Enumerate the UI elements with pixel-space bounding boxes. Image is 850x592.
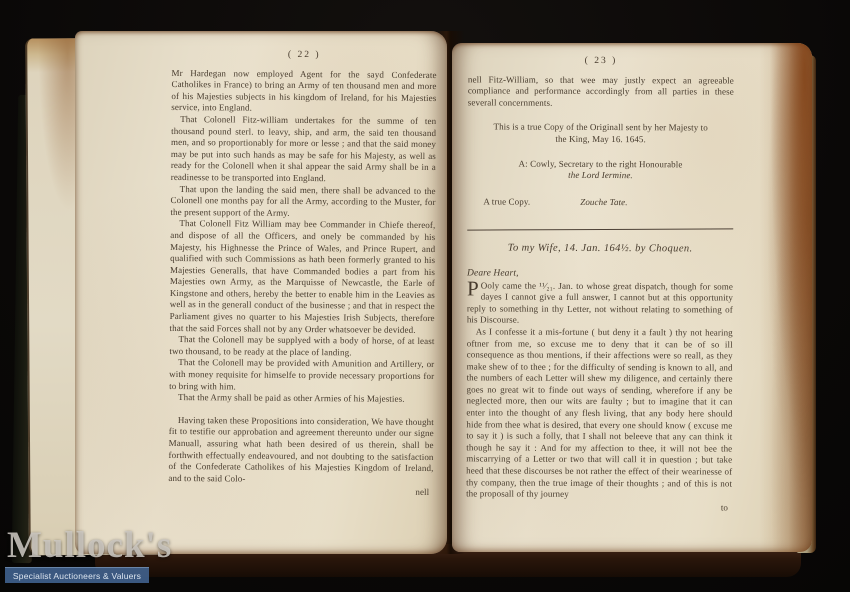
- letter-heading: To my Wife, 14. Jan. 164½. by Choquen.: [467, 243, 733, 256]
- watermark-logo: Mullock's: [7, 524, 172, 567]
- paragraph: That the Army shall be paid as other Arm…: [169, 392, 434, 406]
- signature: Zouche Tate.: [580, 197, 627, 209]
- page-number-right: ( 23 ): [468, 55, 734, 68]
- paragraph: That Colonell Fitz William may bee Comma…: [170, 218, 436, 336]
- watermark-tagline: Specialist Auctioneers & Valuers: [13, 571, 141, 581]
- paragraph: Mr Hardegan now employed Agent for the s…: [171, 68, 436, 116]
- catchword-right: to: [466, 501, 732, 514]
- left-page: ( 22 ) Mr Hardegan now employed Agent fo…: [75, 31, 447, 554]
- right-page-text: ( 23 ) nell Fitz-William, so that wee ma…: [466, 55, 734, 514]
- paragraph: That the Colonell may be provided with A…: [169, 357, 434, 394]
- section-divider: [467, 229, 733, 231]
- left-page-text: ( 22 ) Mr Hardegan now employed Agent fo…: [168, 49, 437, 499]
- true-copy-row: A true Copy. Zouche Tate.: [467, 196, 733, 209]
- paragraph: That the Colonell may be supplyed with a…: [169, 334, 434, 359]
- paragraph: As I confesse it a mis-fortune ( but den…: [466, 326, 733, 501]
- paragraph: nell Fitz-William, so that wee may justl…: [468, 74, 734, 110]
- catchword-left: nell: [168, 485, 433, 499]
- paragraph: That Colonell Fitz-william undertakes fo…: [171, 114, 437, 186]
- paragraph: POoly came the ¹¹⁄₂₁. Jan. to whose grea…: [467, 280, 733, 328]
- letter-text: Ooly came the ¹¹⁄₂₁. Jan. to whose great…: [467, 280, 733, 325]
- secretary-attestation: A: Cowly, Secretary to the right Honoura…: [467, 158, 733, 182]
- paragraph: That upon the landing the said men, ther…: [170, 183, 435, 220]
- drop-cap: P: [467, 280, 481, 298]
- true-copy-label: A true Copy.: [483, 196, 530, 208]
- book-photo: ( 22 ) Mr Hardegan now employed Agent fo…: [0, 0, 850, 592]
- fore-edge-stain: [760, 43, 812, 552]
- paragraph: Having taken these Propositions into con…: [168, 415, 434, 487]
- right-page: ( 23 ) nell Fitz-William, so that wee ma…: [452, 43, 812, 552]
- copy-attestation: This is a true Copy of the Originall sen…: [489, 122, 713, 146]
- page-number-left: ( 22 ): [172, 49, 437, 63]
- watermark-band: Specialist Auctioneers & Valuers: [5, 567, 149, 583]
- secretary-line: the Lord Iermine.: [467, 170, 733, 183]
